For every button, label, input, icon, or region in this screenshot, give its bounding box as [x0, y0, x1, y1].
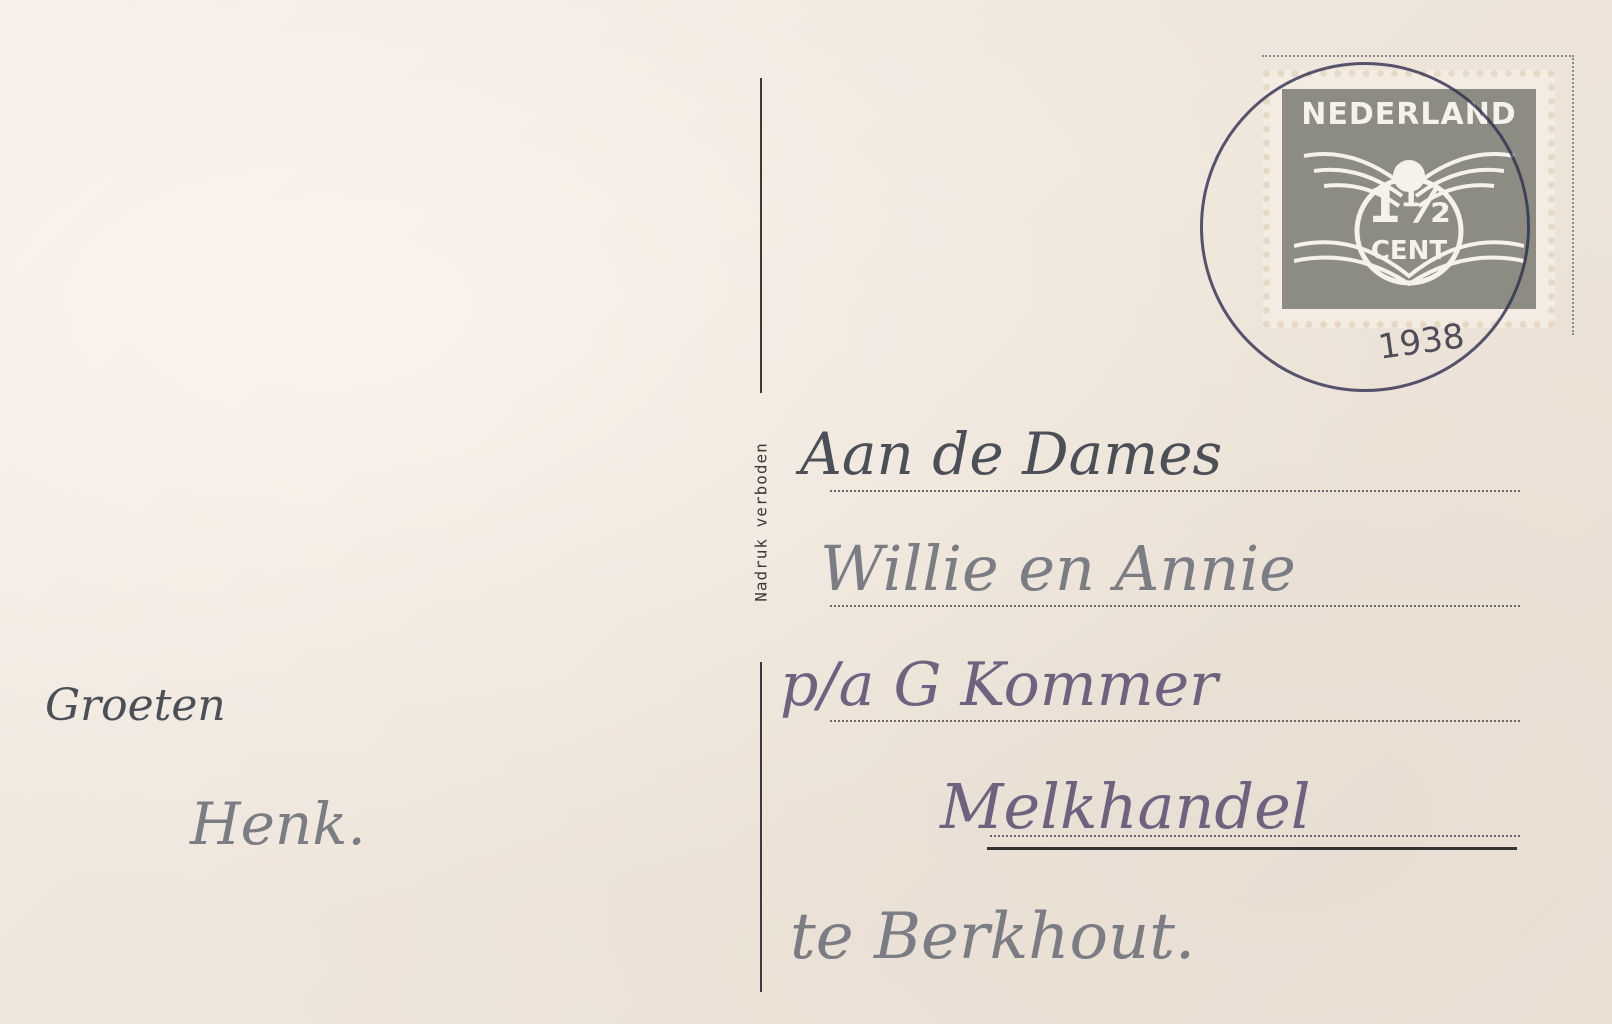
nadruk-verboden-label: Nadruk verboden — [752, 442, 771, 602]
address-line-5-text: te Berkhout. — [790, 900, 1195, 974]
address-line-4-text: Melkhandel — [940, 770, 1311, 843]
postmark-circle — [1200, 62, 1530, 392]
address-line-2-text: Willie en Annie — [820, 532, 1296, 605]
address-line-3-text: p/a G Kommer — [780, 650, 1218, 720]
postcard-back: Nadruk verboden NEDERLAND — [0, 0, 1612, 1024]
address-underline — [987, 847, 1517, 850]
greeting-text: Groeten — [45, 680, 226, 731]
center-divider-top — [760, 78, 762, 393]
center-divider-bottom — [760, 662, 762, 992]
address-line-2 — [830, 605, 1520, 607]
signature-text: Henk. — [190, 790, 366, 858]
address-line-3 — [830, 720, 1520, 722]
address-line-1 — [830, 490, 1520, 492]
address-line-1-text: Aan de Dames — [800, 420, 1222, 488]
